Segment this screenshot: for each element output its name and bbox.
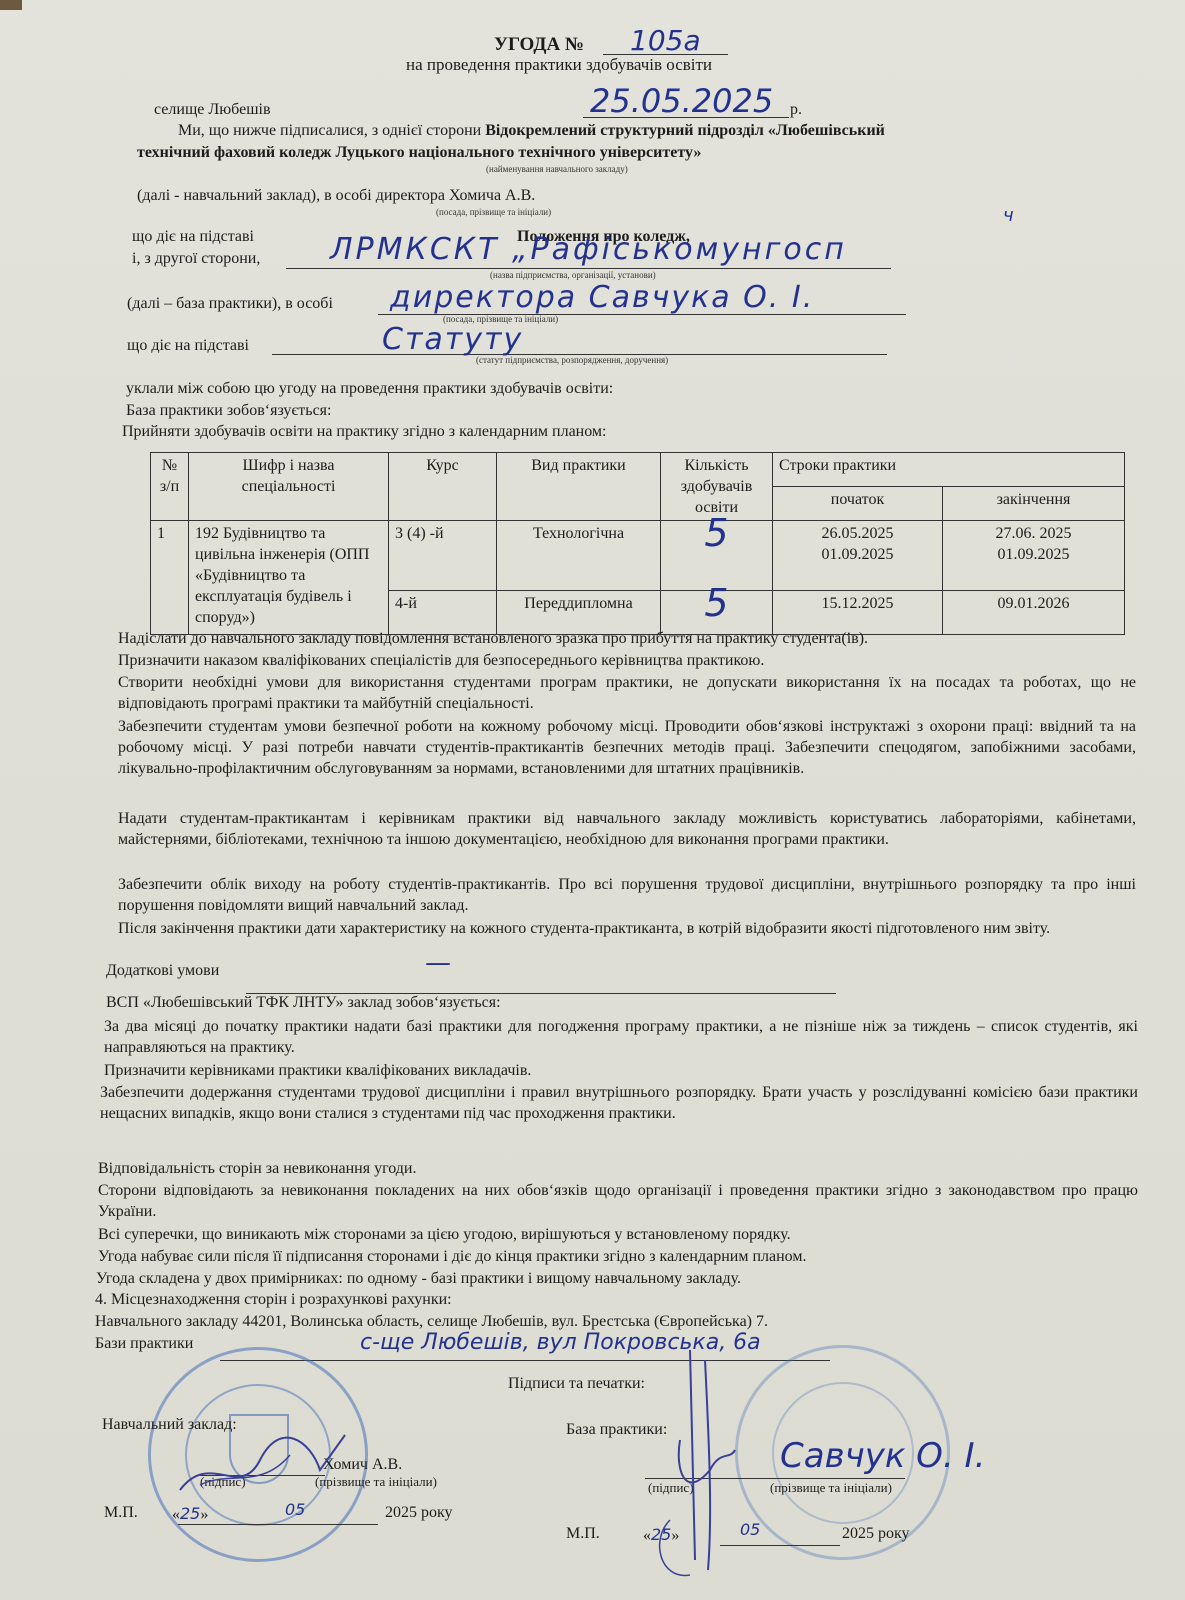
base-mp: М.П. bbox=[566, 1525, 600, 1543]
row-end: 27.06. 2025 01.09.2025 bbox=[943, 521, 1125, 591]
header-terms: Строки практики bbox=[773, 453, 1125, 487]
addresses-heading: 4. Місцезнаходження сторін і розрахунков… bbox=[95, 1291, 452, 1309]
second-party-name: ЛРМКСКТ „Рафіськомунгосп bbox=[330, 232, 847, 267]
second-party-line bbox=[286, 268, 891, 269]
base-basis-label: що діє на підставі bbox=[127, 337, 249, 355]
row-type: Технологічна bbox=[497, 521, 661, 591]
responsibility-3: Угода набуває сили після її підписання с… bbox=[98, 1246, 1138, 1267]
base-month: 05 bbox=[740, 1520, 760, 1539]
represented-caption: (посада, прізвище та ініціали) bbox=[436, 207, 551, 217]
base-obligation-1: Надіслати до навчального закладу повідом… bbox=[118, 628, 1136, 649]
header-end: закінчення bbox=[943, 487, 1125, 521]
calendar-plan-table: № з/п Шифр і назва спеціальності Курс Ви… bbox=[150, 452, 1125, 635]
agreement-subtitle: на проведення практики здобувачів освіти bbox=[406, 55, 712, 75]
base-basis: Статуту bbox=[382, 322, 523, 357]
institution-date: «25» bbox=[172, 1504, 208, 1524]
base-obligation-6: Забезпечити облік виходу на роботу студе… bbox=[118, 874, 1136, 916]
institution-obligation-2: Призначити керівниками практики кваліфік… bbox=[104, 1060, 1138, 1081]
additional-conditions-label: Додаткові умови bbox=[106, 962, 219, 980]
institution-month: 05 bbox=[285, 1500, 305, 1519]
base-obligation-3: Створити необхідні умови для використанн… bbox=[118, 672, 1136, 714]
base-address-label: Бази практики bbox=[95, 1335, 193, 1353]
concluded-text: уклали між собою цю угоду на проведення … bbox=[126, 380, 613, 398]
institution-signature-scribble bbox=[170, 1430, 350, 1510]
header-start: початок bbox=[773, 487, 943, 521]
base-obliges-heading: База практики зобов‘язується: bbox=[126, 402, 331, 420]
table-row: 1 192 Будівництво та цивільна інженерія … bbox=[151, 521, 1125, 591]
basis-label: що діє на підставі bbox=[132, 228, 254, 246]
row-course: 3 (4) -й bbox=[389, 521, 497, 591]
second-party-label: і, з другої сторони, bbox=[132, 250, 260, 268]
institution-name: технічний фаховий коледж Луцького націон… bbox=[137, 144, 701, 162]
header-specialty: Шифр і назва спеціальності bbox=[189, 453, 389, 521]
row-specialty: 192 Будівництво та цивільна інженерія (О… bbox=[189, 521, 389, 635]
base-obligation-4: Забезпечити студентам умови безпечної ро… bbox=[118, 716, 1136, 779]
header-type: Вид практики bbox=[497, 453, 661, 521]
table-header-row: № з/п Шифр і назва спеціальності Курс Ви… bbox=[151, 453, 1125, 487]
base-date-line bbox=[720, 1545, 840, 1546]
responsibility-heading: Відповідальність сторін за невиконання у… bbox=[98, 1158, 1138, 1179]
institution-address: Навчального закладу 44201, Волинська обл… bbox=[95, 1313, 768, 1331]
row-start: 26.05.2025 01.09.2025 bbox=[773, 521, 943, 591]
base-obligation-5: Надати студентам-практикантам і керівник… bbox=[118, 808, 1136, 850]
responsibility-1: Сторони відповідають за невиконання покл… bbox=[98, 1180, 1138, 1222]
base-person-label: (далі – база практики), в особі bbox=[127, 295, 333, 313]
institution-caption: (найменування навчального закладу) bbox=[486, 164, 628, 174]
base-name-caption: (прізвище та ініціали) bbox=[770, 1480, 892, 1496]
row-num: 1 bbox=[151, 521, 189, 635]
institution-obligation-1: За два місяці до початку практики надати… bbox=[104, 1016, 1138, 1058]
responsibility-2: Всі суперечки, що виникають між сторонам… bbox=[98, 1224, 1138, 1245]
base-person: директора Савчука О. І. bbox=[390, 280, 814, 315]
accept-students-text: Прийняти здобувачів освіти на практику з… bbox=[122, 423, 607, 441]
base-obligation-2: Призначити наказом кваліфікованих спеціа… bbox=[118, 650, 1136, 671]
place: селище Любешів bbox=[154, 101, 271, 119]
header-course: Курс bbox=[389, 453, 497, 521]
handwritten-mark: ч bbox=[1003, 205, 1014, 226]
base-year: 2025 року bbox=[842, 1525, 910, 1543]
institution-mp: М.П. bbox=[104, 1504, 138, 1522]
base-date: «25» bbox=[643, 1525, 679, 1545]
paper-edge bbox=[0, 0, 22, 10]
agreement-number: 105а bbox=[630, 24, 701, 57]
header-num: № з/п bbox=[151, 453, 189, 521]
represented: (далі - навчальний заклад), в особі дире… bbox=[137, 187, 535, 205]
additional-conditions-value: — bbox=[425, 948, 451, 978]
signatures-heading: Підписи та печатки: bbox=[508, 1375, 645, 1393]
responsibility-4: Угода складена у двох примірниках: по од… bbox=[96, 1268, 1136, 1289]
base-basis-caption: (статут підприємства, розпорядження, дор… bbox=[476, 355, 668, 365]
base-signer: Савчук О. І. bbox=[780, 1436, 985, 1476]
row-count: 5 bbox=[661, 521, 773, 591]
intro-line-1: Ми, що нижче підписалися, з однієї сторо… bbox=[178, 122, 885, 140]
institution-year: 2025 року bbox=[385, 1504, 453, 1522]
second-party-caption: (назва підприємства, організації, устано… bbox=[490, 270, 656, 280]
date-suffix: р. bbox=[790, 101, 802, 119]
institution-date-line bbox=[178, 1524, 378, 1525]
institution-obliges-heading: ВСП «Любешівський ТФК ЛНТУ» заклад зобов… bbox=[106, 994, 501, 1012]
agreement-title: УГОДА № bbox=[494, 34, 584, 56]
agreement-date: 25.05.2025 bbox=[590, 82, 773, 120]
base-obligation-7: Після закінчення практики дати характери… bbox=[118, 918, 1136, 939]
institution-obligation-3: Забезпечити додержання студентами трудов… bbox=[100, 1082, 1138, 1124]
